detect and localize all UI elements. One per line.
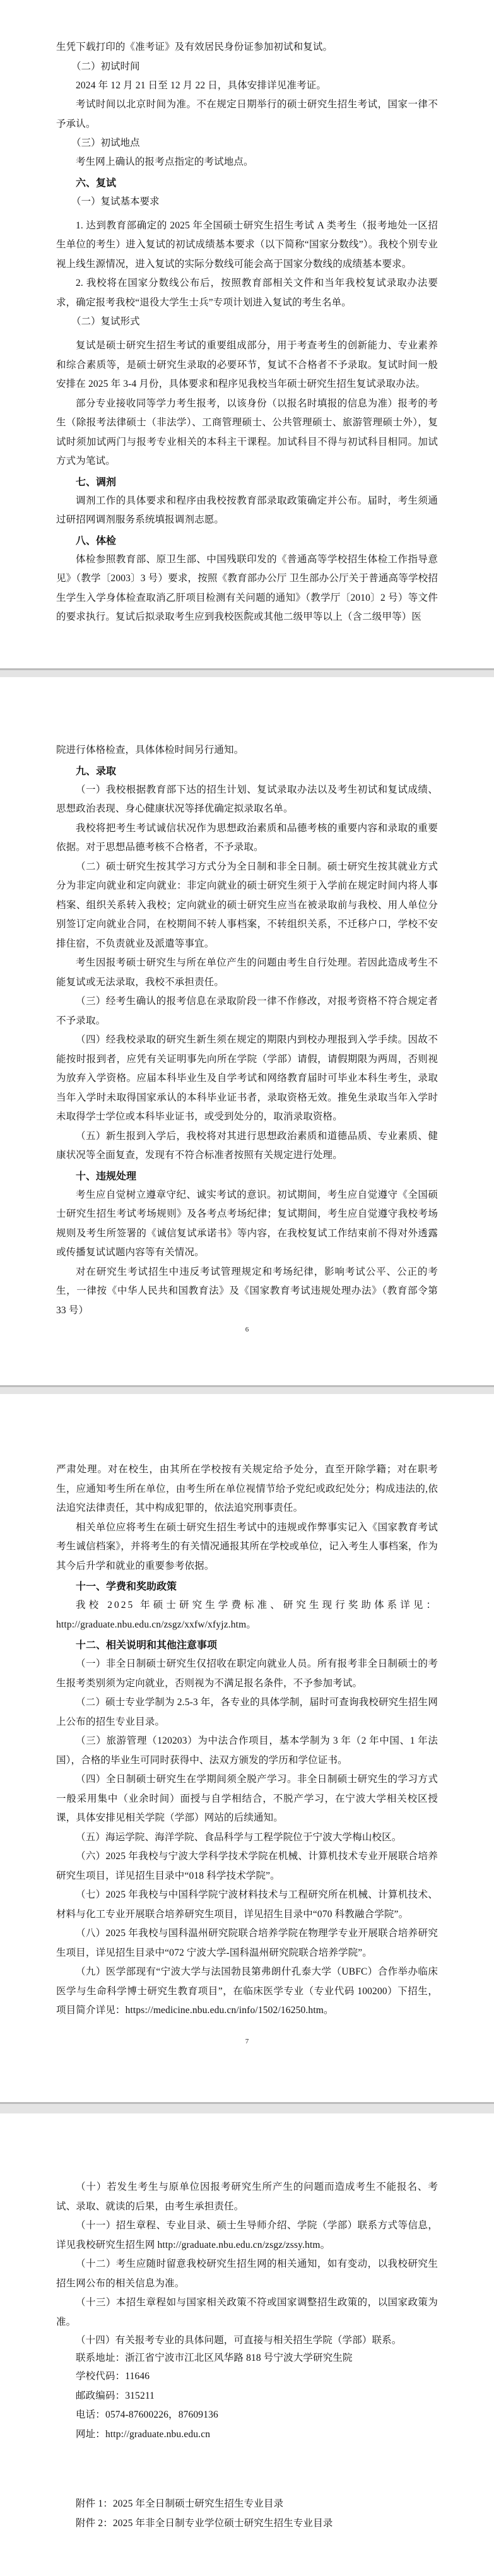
paragraph: 我校将把考生考试诚信状况作为思想政治素质和品德考核的重要内容和录取的重要依据。对… [56,819,438,858]
paragraph: 严肃处理。对在校生，由其所在学校按有关规定给予处分，直至开除学籍；对在职考生，应… [56,1460,438,1518]
note-item: （十四）有关报考专业的具体问题，可直接与相关招生学院（学部）联系。 [76,2332,438,2349]
paragraph: 院进行体格检查，具体体检时间另行通知。 [56,741,438,760]
paragraph: 考生应自觉树立遵章守纪、诚实考试的意识。初试期间，考生应自觉遵守《全国硕士研究生… [56,1186,438,1263]
paragraph: 对在研究生考试招生中违反考试管理规定和考场纪律，影响考试公平、公正的考生，一律按… [56,1263,438,1321]
paragraph: 考生因报考硕士研究生与所在单位产生的问题由考生自行处理。若因此造成考生不能复试或… [56,954,438,992]
admissions-site-link[interactable]: http://graduate.nbu.edu.cn/zsgz/zssy.htm [158,2240,321,2250]
note-item: （三）旅游管理（120203）为中法合作项目，基本学制为 3 年（2 年中国、1… [56,1732,438,1770]
page-separator [0,1385,494,1394]
contact-school-code: 学校代码：11646 [76,2367,438,2387]
section-heading-violations: 十、违规处理 [76,1167,438,1186]
website-label: 网址： [76,2429,105,2440]
contact-website: 网址：http://graduate.nbu.edu.cn [76,2425,438,2445]
paragraph: （二）硕士研究生按其学习方式分为全日制和非全日制。硕士研究生按其就业方式分为非定… [56,858,438,954]
punctuation: 。 [324,2005,334,2016]
note-item: （八）2025 年我校与国科温州研究院联合培养学院在物理学专业开展联合培养研究生… [56,1924,438,1963]
note-item: （十一）招生章程、专业目录、硕士生导师介绍、学院（学部）联系方式等信息，详见我校… [56,2216,438,2255]
paragraph: 2024 年 12 月 21 日至 12 月 22 日，具体安排详见准考证。 [56,76,438,96]
section-heading-physical-exam: 八、体检 [76,531,438,550]
page-8: （十）若发生考生与原单位因报考研究生所产生的问题而造成考生不能报名、考试、录取、… [0,2113,494,2576]
paragraph: 考试时间以北京时间为准。不在规定日期举行的硕士研究生招生考试，国家一律不予承认。 [56,95,438,134]
note-item: （六）2025 年我校与宁波大学科学技术学院在机械、计算机技术专业开展联合培养研… [56,1847,438,1886]
paragraph: 2. 我校将在国家分数线公布后，按照教育部相关文件和当年我校复试录取办法要求，确… [56,274,438,312]
punctuation: 。 [246,1619,256,1630]
contact-phone: 电话：0574-87600226，87609136 [76,2406,438,2425]
paragraph: （五）新生报到入学后，我校将对其进行思想政治素质和道德品质、专业素质、健康状况等… [56,1127,438,1166]
note-item: （二）硕士专业学制为 2.5-3 年，各专业的具体学制，届时可查询我校研究生招生… [56,1693,438,1732]
paragraph: 我校 2025 年硕士研究生学费标准、研究生现行奖助体系详见： [56,1596,438,1616]
page-number: 5 [0,609,494,617]
note-item: （五）海运学院、海洋学院、食品科学与工程学院位于宁波大学梅山校区。 [56,1828,438,1848]
paragraph: （三）经考生确认的报考信息在录取阶段一律不作修改，对报考资格不符合规定者不予录取… [56,992,438,1031]
paragraph: 复试是硕士研究生招生考试的重要组成部分，用于考查考生的创新能力、专业素养和综合素… [56,336,438,394]
section-heading-tuition: 十一、学费和奖助政策 [76,1577,438,1596]
paragraph: 相关单位应将考生在硕士研究生招生考试中的违规或作弊事实记入《国家教育考试考生诚信… [56,1518,438,1576]
section-heading-admission: 九、录取 [76,762,438,781]
medicine-project-link[interactable]: https://medicine.nbu.edu.cn/info/1502/16… [126,2005,324,2016]
document-viewer[interactable]: 生凭下载打印的《准考证》及有效居民身份证参加初试和复试。 （二）初试时间 202… [0,0,494,2576]
attachment-2[interactable]: 附件 2：2025 年非全日制专业学位硕士研究生招生专业目录 [76,2514,438,2534]
subheading-exam-time: （二）初试时间 [71,57,438,76]
section-heading-adjustment: 七、调剂 [76,473,438,492]
attachment-1[interactable]: 附件 1：2025 年全日制硕士研究生招生专业目录 [76,2495,438,2514]
contact-postcode: 邮政编码：315211 [76,2387,438,2406]
section-heading-notes: 十二、相关说明和其他注意事项 [76,1636,438,1655]
paragraph: 1. 达到教育部确定的 2025 年全国硕士研究生招生考试 A 类考生（报考地处… [56,216,438,275]
punctuation: 。 [321,2240,331,2250]
page-separator [0,668,494,677]
note-item: （四）全日制硕士研究生在学期间须全脱产学习。非全日制硕士研究生的学习方式一般采用… [56,1770,438,1828]
paragraph: 考生网上确认的报考点指定的考试地点。 [56,153,438,172]
note-item: （十二）考生应随时留意我校研究生招生网的相关通知，如有变动，以我校研究生招生网公… [56,2255,438,2293]
paragraph: 部分专业接收同等学力考生报考，以该身份（以报名时填报的信息为准）报考的考生（除报… [56,394,438,471]
page-7: 严肃处理。对在校生，由其所在学校按有关规定给予处分，直至开除学籍；对在职考生，应… [0,1394,494,2102]
page-number: 7 [0,2038,494,2045]
paragraph: 生凭下载打印的《准考证》及有效居民身份证参加初试和复试。 [56,38,438,57]
note-item: （九）医学部现有“宁波大学与法国勃艮第弗朗什孔泰大学（UBFC）合作举办临床医学… [56,1963,438,2021]
contact-address: 联系地址：浙江省宁波市江北区风华路 818 号宁波大学研究生院 [76,2349,438,2367]
subheading-exam-place: （三）初试地点 [71,134,438,153]
tuition-link[interactable]: http://graduate.nbu.edu.cn/zsgz/xxfw/xfy… [56,1619,246,1630]
paragraph: （一）我校根据教育部下达的招生计划、复试录取办法以及考生初试和复试成绩、思想政治… [56,781,438,819]
paragraph: （四）经我校录取的研究生新生须在规定的期限内到校办理报到入学手续。因故不能按时报… [56,1031,438,1127]
subheading-retest-requirements: （一）复试基本要求 [71,192,438,211]
page-separator [0,2102,494,2113]
website-link[interactable]: http://graduate.nbu.edu.cn [105,2429,210,2440]
note-item: （十）若发生考生与原单位因报考研究生所产生的问题而造成考生不能报名、考试、录取、… [56,2178,438,2216]
page-6: 院进行体格检查，具体体检时间另行通知。 九、录取 （一）我校根据教育部下达的招生… [0,677,494,1385]
section-heading-retest: 六、复试 [76,174,438,192]
subheading-retest-format: （二）复试形式 [71,312,438,331]
note-item: （一）非全日制硕士研究生仅招收在职定向就业人员。所有报考非全日制硕士的考生报考类… [56,1655,438,1693]
note-item: （十三）本招生章程如与国家相关政策不符或国家调整招生政策的，以国家政策为准。 [56,2293,438,2332]
page-5: 生凭下载打印的《准考证》及有效居民身份证参加初试和复试。 （二）初试时间 202… [0,0,494,668]
page-number: 6 [0,1326,494,1333]
paragraph: 调剂工作的具体要求和程序由我校按教育部录取政策确定并公布。届时，考生须通过研招网… [56,492,438,530]
paragraph: http://graduate.nbu.edu.cn/zsgz/xxfw/xfy… [56,1616,438,1635]
note-item: （七）2025 年我校与中国科学院宁波材料技术与工程研究所在机械、计算机技术、材… [56,1886,438,1924]
